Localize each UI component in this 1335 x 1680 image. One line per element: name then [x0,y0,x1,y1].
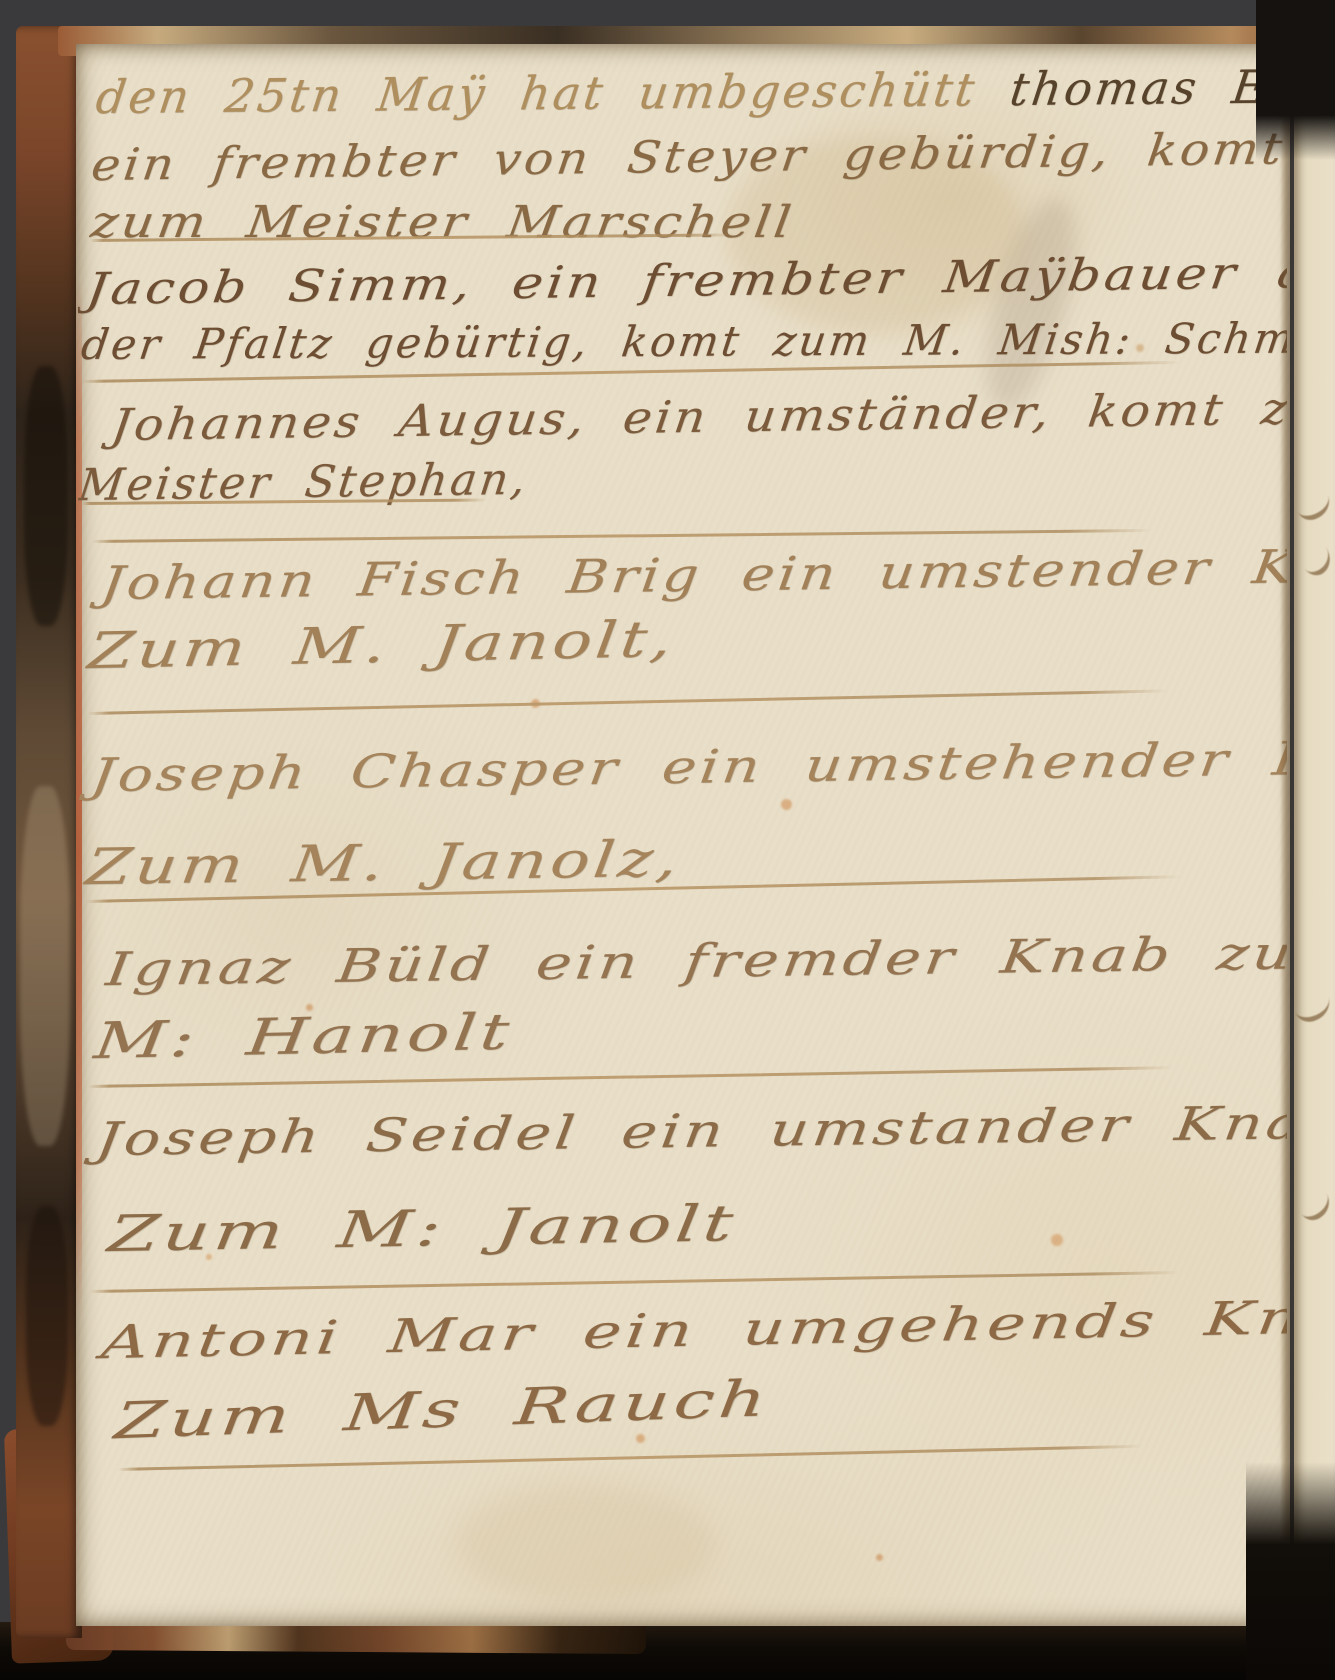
manuscript-photo: den 25tn Maÿ hat umbgeschütt thomas Ende… [0,0,1335,1680]
manuscript-line: Joseph Chasper ein umstehender Knab [88,729,1335,802]
manuscript-line: M: Hanolt [91,1003,516,1071]
entry-separator-rule [118,1445,1143,1471]
shadow-top-right [1256,0,1335,160]
manuscript-line: ein frembter von Steyer gebürdig, komt [89,123,1288,191]
entry-separator-rule [90,1271,1180,1293]
facing-page-sliver [1294,108,1335,1544]
manuscript-line: Joseph Seidel ein umstander Knab [93,1095,1335,1167]
manuscript-line: Jacob Simm, ein frembter Maÿbauer aus [84,246,1335,315]
entry-separator-rule [88,689,1168,715]
spine-wear-patch [24,366,68,626]
manuscript-line: Johannes Augus, ein umständer, komt zum [109,382,1335,451]
manuscript-line-segment: den 25tn Maÿ hat umbgeschütt [93,62,1014,124]
manuscript-line: Zum M. Janolt, [85,610,679,680]
facing-page-ink-stroke [1294,483,1334,524]
manuscript-line: den 25tn Maÿ hat umbgeschütt thomas Ende… [93,58,1335,124]
spine-wear-patch [26,1206,68,1426]
facing-page-ink-stroke [1294,1182,1335,1225]
shadow-bottom-right [1246,1462,1335,1680]
entry-separator-rule [92,529,1152,543]
manuscript-line: Antoni Mar ein umgehends Knab [99,1288,1335,1369]
manuscript-line: Zum M. Janolz, [83,830,685,896]
book-spine-leather [16,26,82,1638]
facing-page-ink-stroke [1294,535,1335,581]
spine-wear-patch [20,786,70,1146]
manuscript-line: Ignaz Büld ein fremder Knab zum [103,925,1335,997]
handwriting-layer: den 25tn Maÿ hat umbgeschütt thomas Ende… [0,0,1335,1680]
manuscript-line: Zum M: Janolt [105,1194,741,1263]
entry-separator-rule [88,1066,1173,1088]
manuscript-line: Johann Fisch Brig ein umstender Knab [98,538,1335,610]
manuscript-line: Zum Ms Rauch [112,1369,773,1450]
facing-page-ink-stroke [1294,984,1334,1025]
